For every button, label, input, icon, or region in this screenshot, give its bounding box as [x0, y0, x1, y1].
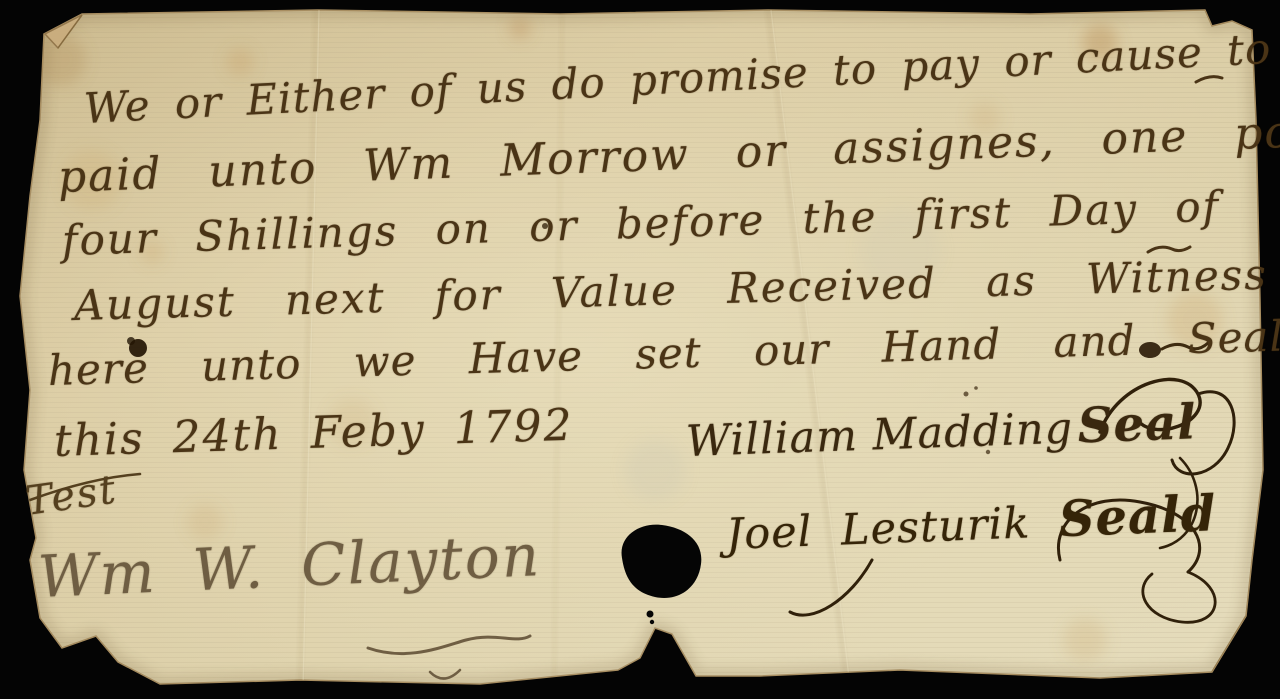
paper-photo	[0, 0, 1280, 699]
photo-stage: We or Either of us do promise to pay or …	[0, 0, 1280, 699]
